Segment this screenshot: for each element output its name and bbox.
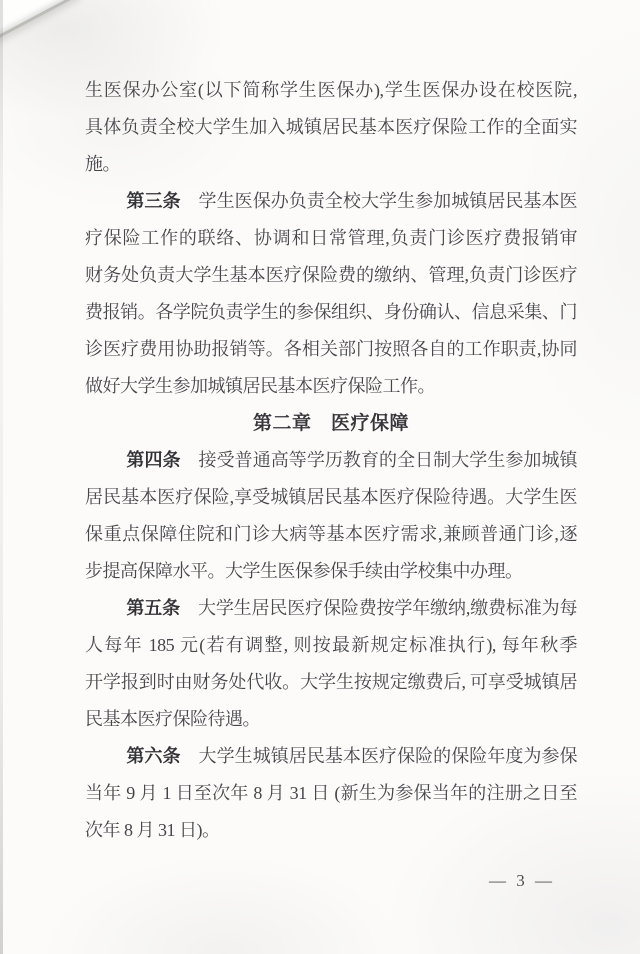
article-first-line-text: 接受普通高等学历教育的全日制大学生参加城镇 bbox=[199, 450, 577, 470]
article-line: 第五条大学生居民医疗保险费按学年缴纳,缴费标准为每 bbox=[85, 590, 577, 627]
document-body: 生医保办公室(以下简称学生医保办),学生医保办设在校医院,具体负责全校大学生加入… bbox=[85, 72, 577, 849]
article-number: 第五条 bbox=[126, 598, 180, 618]
article-first-line-text: 大学生居民医疗保险费按学年缴纳,缴费标准为每 bbox=[198, 598, 577, 618]
article-line: 第六条大学生城镇居民基本医疗保险的保险年度为参保 bbox=[85, 738, 577, 775]
article-line: 人每年 185 元(若有调整, 则按最新规定标准执行), 每年秋季 bbox=[85, 627, 577, 664]
scan-edge-shadow bbox=[0, 0, 3, 954]
body-line: 生医保办公室(以下简称学生医保办),学生医保办设在校医院, bbox=[85, 72, 577, 109]
article-number: 第六条 bbox=[126, 746, 180, 766]
article-first-line-text: 学生医保办负责全校大学生参加城镇居民基本医 bbox=[199, 191, 577, 211]
chapter-heading: 第二章 医疗保障 bbox=[85, 405, 577, 442]
article-line: 开学报到时由财务处代收。大学生按规定缴费后, 可享受城镇居 bbox=[85, 664, 577, 701]
article-line: 保重点保障住院和门诊大病等基本医疗需求,兼顾普通门诊,逐 bbox=[85, 516, 577, 553]
body-line: 施。 bbox=[85, 146, 577, 183]
article-first-line-text: 大学生城镇居民基本医疗保险的保险年度为参保 bbox=[199, 746, 577, 766]
article-line: 做好大学生参加城镇居民基本医疗保险工作。 bbox=[85, 368, 577, 405]
article-line: 当年 9 月 1 日至次年 8 月 31 日 (新生为参保当年的注册之日至 bbox=[85, 775, 577, 812]
scanned-document-page: 生医保办公室(以下简称学生医保办),学生医保办设在校医院,具体负责全校大学生加入… bbox=[0, 0, 640, 954]
article-number: 第三条 bbox=[126, 191, 180, 211]
scan-corner-artifact bbox=[0, 0, 89, 49]
body-line: 具体负责全校大学生加入城镇居民基本医疗保险工作的全面实 bbox=[85, 109, 577, 146]
article-line: 第四条接受普通高等学历教育的全日制大学生参加城镇 bbox=[85, 442, 577, 479]
article-line: 居民基本医疗保险,享受城镇居民基本医疗保险待遇。大学生医 bbox=[85, 479, 577, 516]
article-number: 第四条 bbox=[126, 450, 180, 470]
article-line: 次年 8 月 31 日)。 bbox=[85, 812, 577, 849]
article-line: 财务处负责大学生基本医疗保险费的缴纳、管理,负责门诊医疗 bbox=[85, 257, 577, 294]
page-number: — 3 — bbox=[462, 866, 582, 896]
article-line: 步提高保障水平。大学生医保参保手续由学校集中办理。 bbox=[85, 553, 577, 590]
article-line: 第三条学生医保办负责全校大学生参加城镇居民基本医 bbox=[85, 183, 577, 220]
article-line: 疗保险工作的联络、协调和日常管理,负责门诊医疗费报销审核。 bbox=[85, 220, 577, 257]
article-line: 诊医疗费用协助报销等。各相关部门按照各自的工作职责,协同 bbox=[85, 331, 577, 368]
article-line: 费报销。各学院负责学生的参保组织、身份确认、信息采集、门 bbox=[85, 294, 577, 331]
article-line: 民基本医疗保险待遇。 bbox=[85, 701, 577, 738]
